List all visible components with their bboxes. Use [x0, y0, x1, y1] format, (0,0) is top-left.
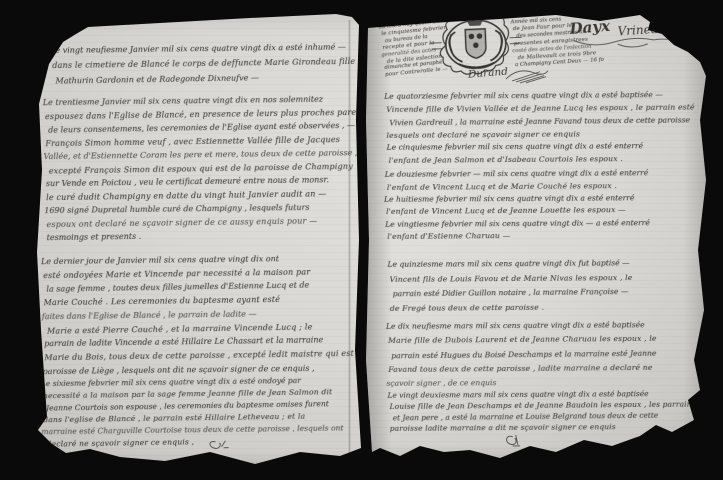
manuscript-line: Le vingt deuxiesme mars mil six cens qua… — [387, 389, 693, 402]
burial-entry: Le vingtiesme febvrier mil six cens quat… — [387, 217, 652, 244]
manuscript-line: Le vingtiesme febvrier mil six cens quat… — [385, 217, 650, 231]
baptism-entry: Le quinziesme mars mil six cens quatre v… — [389, 256, 632, 317]
manuscript-line: l'enfant de Jean Salmon et d'Isabeau Cou… — [389, 152, 646, 167]
baptism-entry: Le vingt deuxiesme mars mil six cens qua… — [389, 389, 695, 435]
end-flourish-icon — [501, 433, 527, 449]
burial-entry: Le cinquiesme febvrier mil six cens quat… — [388, 139, 645, 167]
manuscript-line: l'enfant d'Estienne Charuau — — [387, 229, 652, 243]
manuscript-line: Le douziesme febvrier — mil six cens qua… — [385, 166, 649, 181]
manuscript-line: parrain esté Didier Guillon notaire , la… — [393, 285, 636, 302]
manuscript-line: Le quatorziesme febvrier mil six cens qu… — [384, 88, 692, 103]
manuscript-line: parrain esté Hugues du Boisé Deschamps e… — [391, 346, 660, 363]
cure-signature: Durand — [468, 66, 509, 81]
burial-record-paragraph: Le vingt neufiesme Janvier mil six cens … — [52, 40, 369, 89]
manuscript-line: Le huitiesme febvrier mil six cens quatr… — [384, 192, 634, 206]
burial-entry: Le douziesme febvrier — mil six cens qua… — [387, 166, 651, 195]
signature-flourish-icon — [504, 65, 550, 85]
baptism-entry: Le dix neufiesme mars mil six cens quatr… — [388, 318, 657, 392]
ondoiement-record-paragraph: Le sixiesme febvrier mil six cens quatre… — [43, 374, 346, 450]
manuscript-line: Le dix neufiesme mars mil six cens quatr… — [386, 318, 655, 334]
end-flourish-icon — [205, 438, 233, 452]
baptism-entry: Le quatorziesme febvrier mil six cens qu… — [386, 88, 695, 142]
manuscript-line: de Fregé tous deux de cette paroisse . — [390, 300, 633, 317]
marriage-record-paragraph: Le trentiesme Janvier mil six cens quatr… — [45, 92, 379, 245]
archival-scan: Le vingt neufiesme Janvier mil six cens … — [0, 0, 723, 480]
baptism-record-paragraph: Le dernier jour de Janvier mil six cens … — [43, 251, 378, 379]
manuscript-line: Le quinziesme mars mil six cens quatre v… — [387, 256, 630, 272]
manuscript-line: Le cinquiesme febvrier mil six cens quat… — [386, 139, 643, 154]
burial-entry: Le huitiesme febvrier mil six cens quatr… — [386, 192, 637, 219]
signature-paraph-icon — [572, 32, 682, 49]
